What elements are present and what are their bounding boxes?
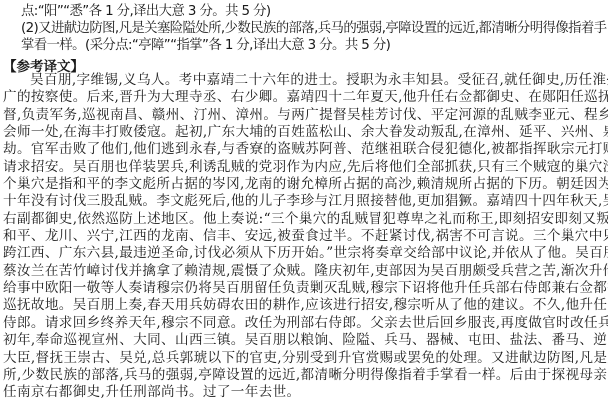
translation-line: 右副都御史,依然巡防上述地区。他上奏说:“三个巢穴的乱贼冒犯尊卑之礼而称王,即刻…	[3, 211, 608, 228]
answer-line-2: (2)又进献边防图,凡是关塞险隘处所,少数民族的部落,兵马的强弱,亭障设置的远近…	[21, 20, 606, 37]
translation-line: 给事中欧阳一敬等人奏请穆宗仍将吴百朋留任负责剿灭乱贼,穆宗下诏将他升任兵部右侍郎…	[3, 280, 608, 297]
translation-line: 会师一处,在海丰打败倭寇。起初,广东大埔的百姓蓝松山、余大眷发动叛乱,在漳州、延…	[3, 124, 608, 141]
translation-line: 大臣,督抚王崇古、吴兑,总兵郭琥以下的官吏,分别受到升官赏赐或罢免的处理。又进献…	[3, 350, 608, 367]
translation-body: 吴百朋,字维锡,义乌人。考中嘉靖二十六年的进士。授职为永丰知县。受征召,就任御史…	[3, 72, 608, 402]
translation-line: 巡抚故地。吴百朋上奏,春天用兵妨碍农田的耕作,应该进行招安,穆宗听从了他的建议。…	[3, 297, 608, 314]
translation-line: 初年,奉命巡视宣州、大同、山西三镇。吴百朋以粮饷、险隘、兵马、器械、屯田、盐法、…	[3, 332, 608, 349]
translation-line: 所,少数民族的部落,兵马的强弱,亭障设置的远近,都清晰分明得像指着手掌看一样。后…	[3, 367, 608, 384]
translation-line: 侍郎。请求回乡终养天年,穆宗不同意。改任为刑部右侍郎。父亲去世后回乡服丧,再度做…	[3, 315, 608, 332]
translation-line: 请求招安。吴百朋也佯装罢兵,利诱乱贼的党羽作为内应,先后将他们全部抓获,只有三个…	[3, 159, 608, 176]
translation-line: 吴百朋,字维锡,义乌人。考中嘉靖二十六年的进士。授职为永丰知县。受征召,就任御史…	[3, 72, 608, 89]
translation-line: 和平、龙川、兴宁,江西的龙南、信丰、安远,被蚕食过半。不赶紧讨伐,祸害不可言说。…	[3, 228, 608, 245]
translation-line: 跨江西、广东六县,最违逆圣命,讨伐必须从下历开始。”世宗将奏章交给部中议论,并依…	[3, 245, 608, 262]
answer-line-3: 掌看一样。(采分点:“亭障”“指掌”各 1 分,译出大意 3 分。共 5 分)	[21, 37, 390, 54]
translation-line: 个巢穴是指和平的李文彪所占据的岑冈,龙南的谢允樟所占据的高沙,赖清规所占据的下历…	[3, 176, 608, 193]
answer-line-1: 点:“阳”“悉”各 1 分,译出大意 3 分。共 5 分)	[21, 3, 271, 20]
translation-line: 任南京右都御史,升任刑部尚书。过了一年去世。	[3, 384, 608, 401]
translation-line: 督,负责军务,巡视南昌、赣州、汀州、漳州。与两广提督吴桂芳讨伐、平定河源的乱贼李…	[3, 107, 608, 124]
translation-line: 广的按察使。后来,晋升为大理寺丞、右少卿。嘉靖四十二年夏天,他升任右佥都御史、在…	[3, 89, 608, 106]
translation-line: 蔡汝兰在苦竹嶂讨伐并擒拿了赖清规,震慑了众贼。隆庆初年,吏部因为吴百朋颇受兵营之…	[3, 263, 608, 280]
translation-line: 十年没有讨伐三股乱贼。李文彪死后,他的儿子李珍与江月照接替他,更加猖獗。嘉靖四十…	[3, 193, 608, 210]
translation-line: 劫。官军击败了他们,他们逃到永春,与香寮的盗贼苏阿普、范继祖联合侵犯德化,被都指…	[3, 141, 608, 158]
